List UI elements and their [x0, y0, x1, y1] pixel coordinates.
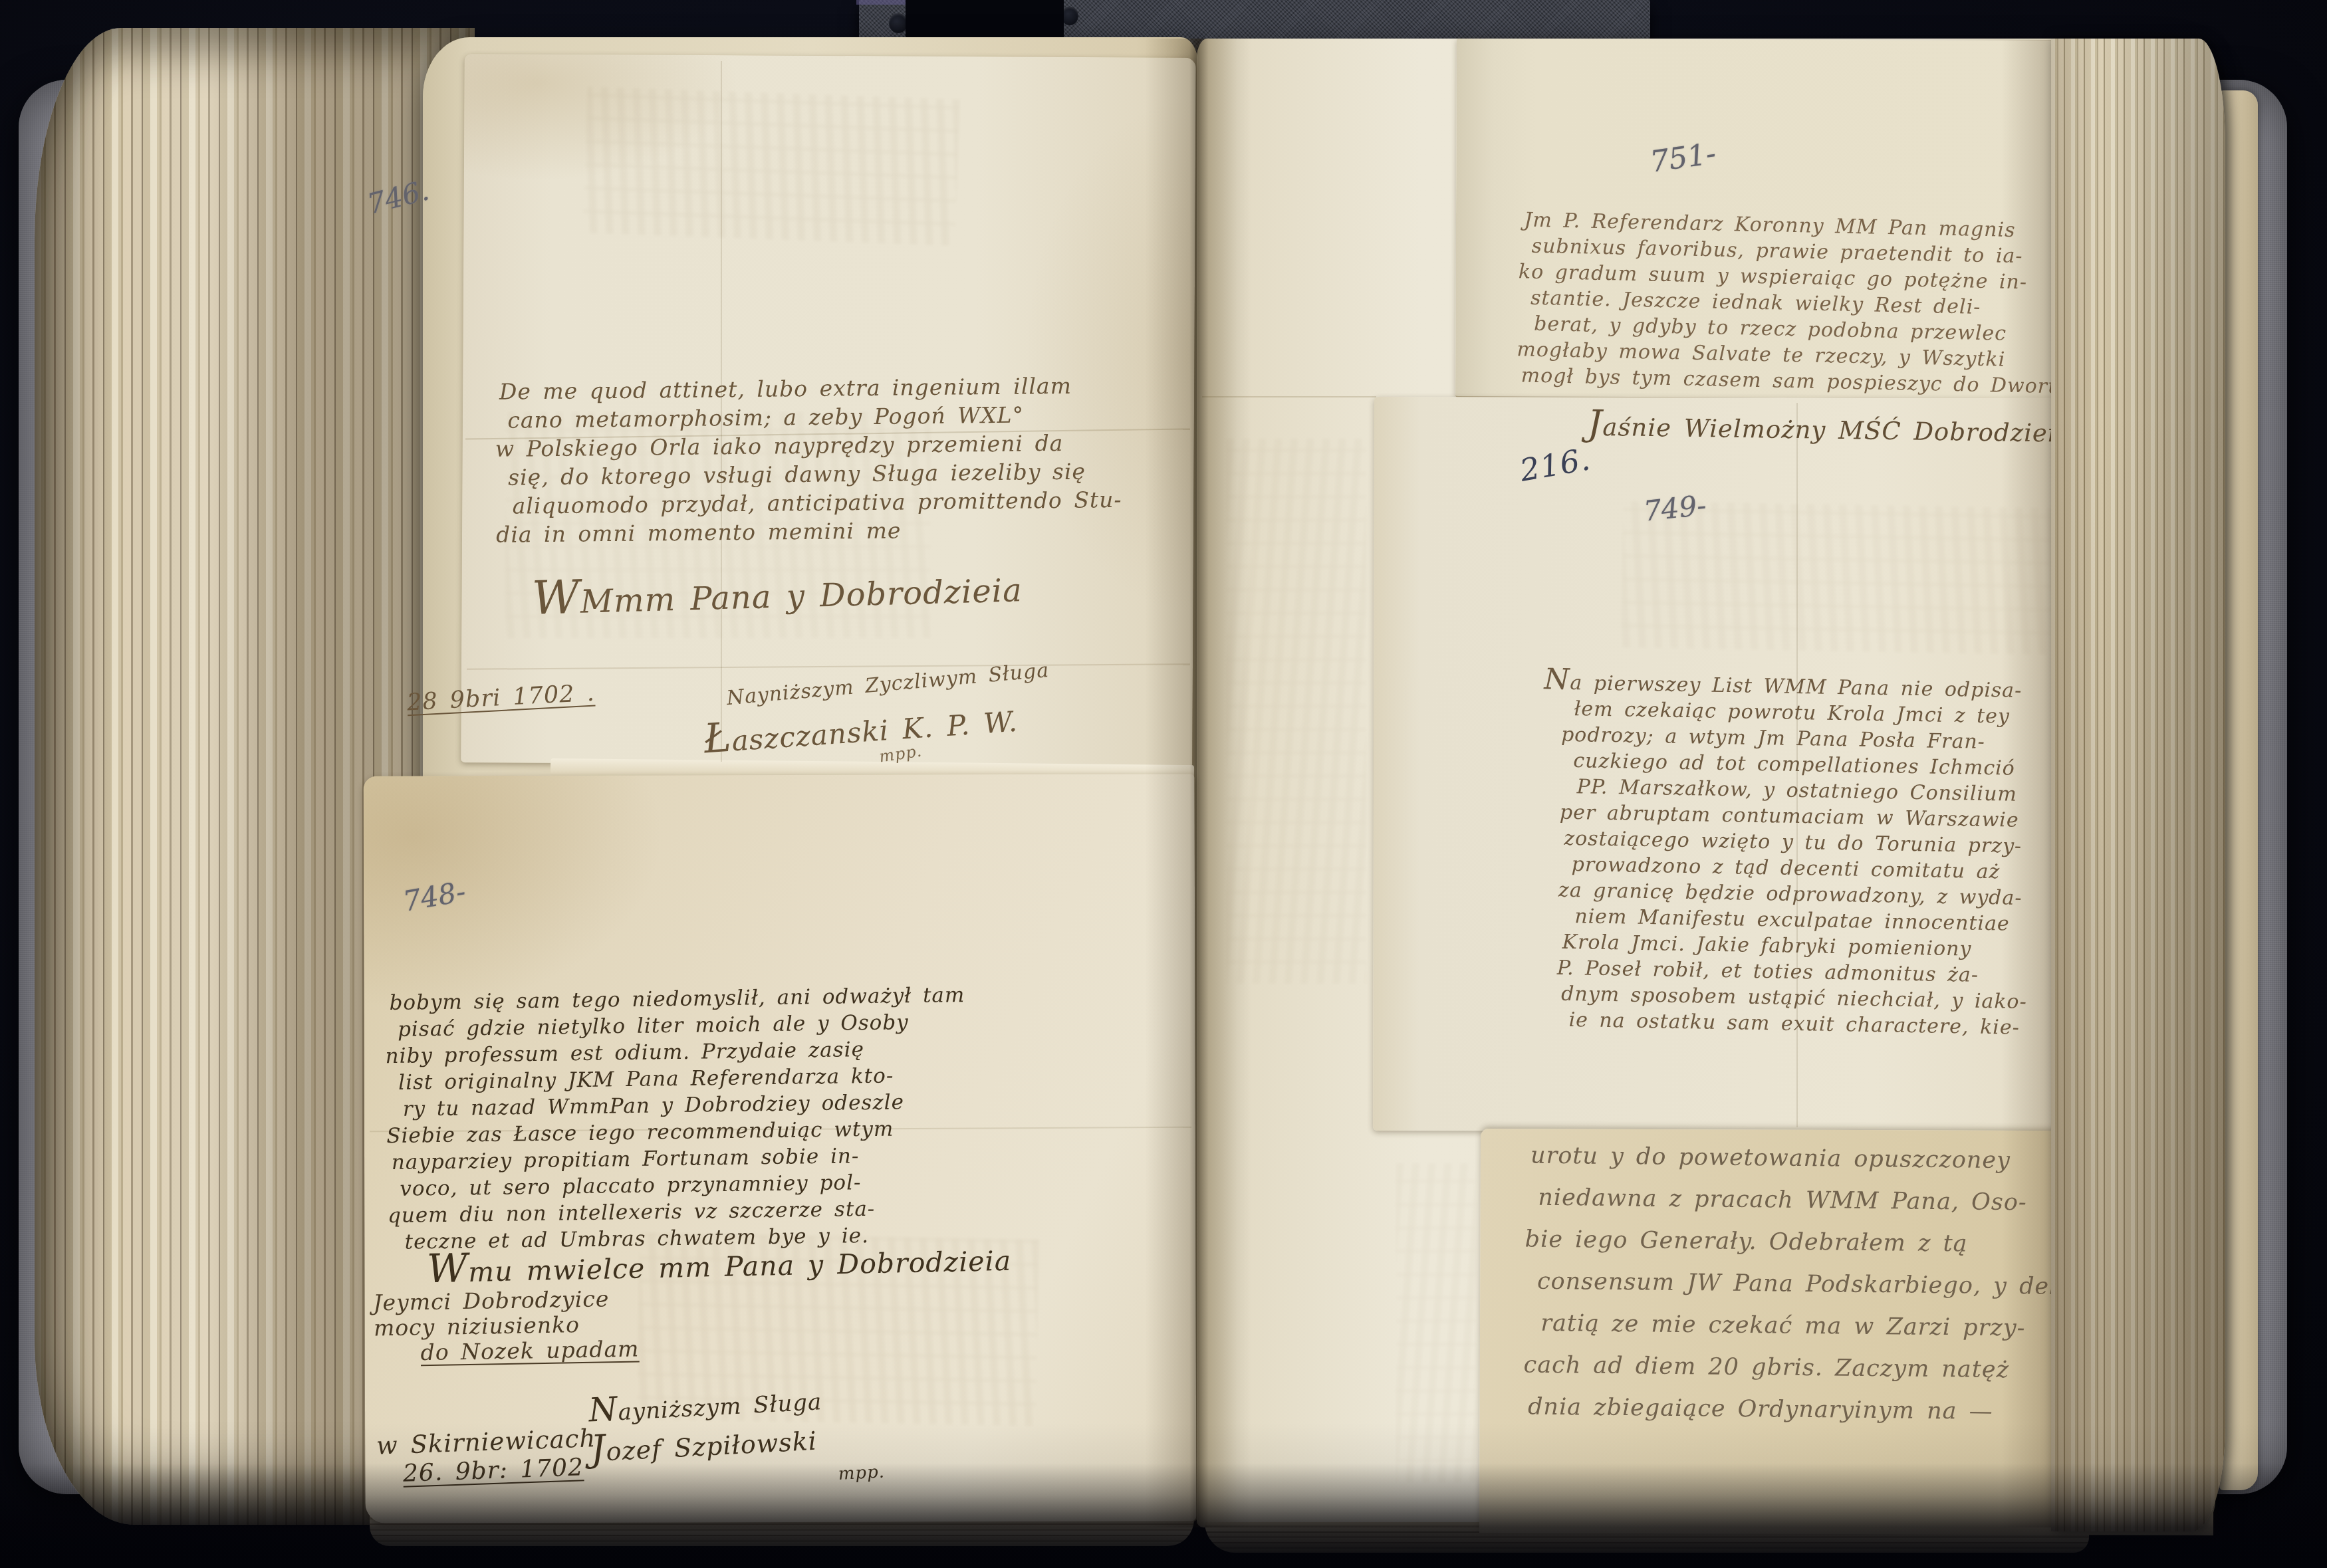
manuscript-line: mpp.: [837, 1454, 886, 1492]
cradle-screw-hole-left: [889, 13, 908, 33]
letter-749-body: Na pierwszey List WMM Pana nie odpisa- ł…: [1560, 667, 2032, 1041]
manuscript-line: niedawna z pracach WMM Pana, Oso-: [1538, 1177, 2096, 1225]
letter-748-farewell: Jeymci Dobrodzyice mocy niziusienko do N…: [373, 1286, 640, 1367]
letter-fragment-body: urotu y do powetowania opuszczoney nieda…: [1528, 1135, 2089, 1434]
letter-751-body: Jm P. Referendarz Koronny MM Pan magnis …: [1521, 207, 2064, 400]
manuscript-line: do Nozek upadam: [420, 1337, 639, 1366]
manuscript-line: cach ad diem 20 gbris. Zaczym natęż: [1523, 1345, 2082, 1393]
manuscript-line: urotu y do powetowania opuszczoney: [1531, 1135, 2089, 1183]
letter-746-body: De me quod attinet, lubo extra ingenium …: [499, 371, 1111, 549]
page-number-749: 749-: [1642, 489, 1708, 528]
manuscript-line: consensum JW Pana Podskarbiego, y dekla-: [1537, 1261, 2096, 1309]
manuscript-line: dnia zbiegaiące Ordynaryinym na —: [1528, 1387, 2086, 1434]
manuscript-line: bie iego Generały. Odebrałem z tą: [1525, 1219, 2083, 1267]
manuscript-line: Jeymci Dobrodzyice: [373, 1286, 638, 1316]
archival-book-photograph: 746. De me quod attinet, lubo extra inge…: [0, 0, 2327, 1568]
manuscript-line: ratią ze mie czekać ma w Zarzi przy-: [1540, 1303, 2099, 1351]
right-page-edge-stack: [2051, 39, 2225, 1531]
letter-751-salutation: Jaśnie Wielmożny MŚĆ Dobrodzieiu .: [1588, 402, 2094, 451]
letter-748-signature: Nayniższym Sługa Jozef Szpiłowski mpp.: [588, 1378, 886, 1505]
letter-748-body: bobym się sam tego niedomyslił, ani odwa…: [389, 982, 968, 1256]
